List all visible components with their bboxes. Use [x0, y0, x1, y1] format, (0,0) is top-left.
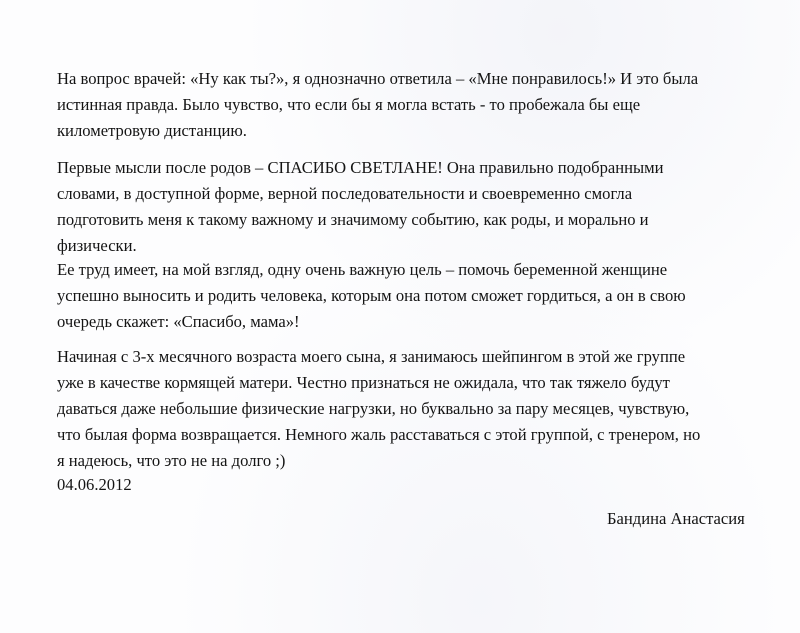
text-line: я надеюсь, что это не на долго ;) [57, 448, 787, 474]
text-line: Первые мысли после родов – СПАСИБО СВЕТЛ… [57, 155, 787, 181]
text-line: Ее труд имеет, на мой взгляд, одну очень… [57, 257, 787, 283]
text-line: километровую дистанцию. [57, 118, 787, 144]
text-line: истинная правда. Было чувство, что если … [57, 92, 787, 118]
text-line: подготовить меня к такому важному и знач… [57, 207, 787, 233]
author-signature: Бандина Анастасия [607, 506, 745, 532]
text-line: очередь скажет: «Спасибо, мама»! [57, 309, 787, 335]
text-line: успешно выносить и родить человека, кото… [57, 283, 787, 309]
paragraph-first-thoughts: Первые мысли после родов – СПАСИБО СВЕТЛ… [57, 155, 787, 259]
letter-date: 04.06.2012 [57, 472, 132, 498]
text-line: На вопрос врачей: «Ну как ты?», я однозн… [57, 66, 787, 92]
paragraph-doctors-question: На вопрос врачей: «Ну как ты?», я однозн… [57, 66, 787, 144]
scanned-letter-page: На вопрос врачей: «Ну как ты?», я однозн… [0, 0, 800, 633]
text-line: словами, в доступной форме, верной после… [57, 181, 787, 207]
text-line: что былая форма возвращается. Немного жа… [57, 422, 787, 448]
text-line: физически. [57, 233, 787, 259]
text-line: даваться даже небольшие физические нагру… [57, 396, 787, 422]
text-line: Начиная с 3-х месячного возраста моего с… [57, 344, 787, 370]
paragraph-trainer-goal: Ее труд имеет, на мой взгляд, одну очень… [57, 257, 787, 335]
paragraph-shaping-classes: Начиная с 3-х месячного возраста моего с… [57, 344, 787, 474]
text-line: уже в качестве кормящей матери. Честно п… [57, 370, 787, 396]
